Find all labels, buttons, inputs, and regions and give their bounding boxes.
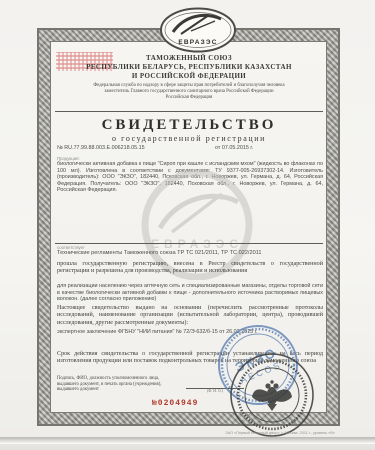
- official-eagle-stamp: [228, 351, 316, 439]
- registration-number: № RU.77.99.88.003.Е.006218.05.15: [57, 145, 145, 151]
- printing-house-note: ЗАО «Первый печатный двор», г. Москва, 2…: [190, 431, 335, 435]
- signature-caption: Подпись, ФИО, должность уполномоченного …: [57, 376, 179, 393]
- usage-statement: для реализации населению через аптечную …: [57, 283, 323, 303]
- registration-date: от 07.05.2015 г.: [215, 145, 253, 151]
- agency-line2: заместитель Главного государственного са…: [55, 89, 323, 95]
- compliance-divider: [55, 243, 323, 244]
- eurasec-logo: ЕВРАЗЭС: [157, 7, 239, 54]
- header-divider: [55, 111, 323, 112]
- blank-serial-number: №0204949: [152, 399, 198, 408]
- watermark-label: ЕВРАЗЭС: [151, 237, 243, 251]
- customs-union-line3: И РОССИЙСКОЙ ФЕДЕРАЦИИ: [55, 72, 323, 81]
- certificate-scan: ЕВРАЗЭС ТАМОЖЕННЫЙ СОЮЗ РЕСПУБЛИКИ БЕЛАР…: [0, 0, 375, 450]
- watermark-bird-icon: [160, 194, 238, 232]
- double-headed-eagle-icon: [252, 380, 292, 411]
- document-title: СВИДЕТЕЛЬСТВО: [55, 117, 323, 134]
- document-subtitle: о государственной регистрации: [55, 134, 323, 143]
- eurasec-logo-label: ЕВРАЗЭС: [178, 39, 217, 46]
- agency-line3: Российская Федерация: [55, 95, 323, 101]
- compliance-regulations: Технические регламенты Таможенного союза…: [57, 250, 323, 256]
- agency-line1: Федеральная служба по надзору в сфере за…: [55, 83, 323, 89]
- customs-union-line1: ТАМОЖЕННЫЙ СОЮЗ: [55, 54, 323, 63]
- scan-edge-shadow: [0, 437, 375, 444]
- customs-union-line2: РЕСПУБЛИКИ БЕЛАРУСЬ, РЕСПУБЛИКИ КАЗАХСТА…: [55, 63, 323, 72]
- registration-statement: прошла государственную регистрацию, внес…: [57, 261, 323, 276]
